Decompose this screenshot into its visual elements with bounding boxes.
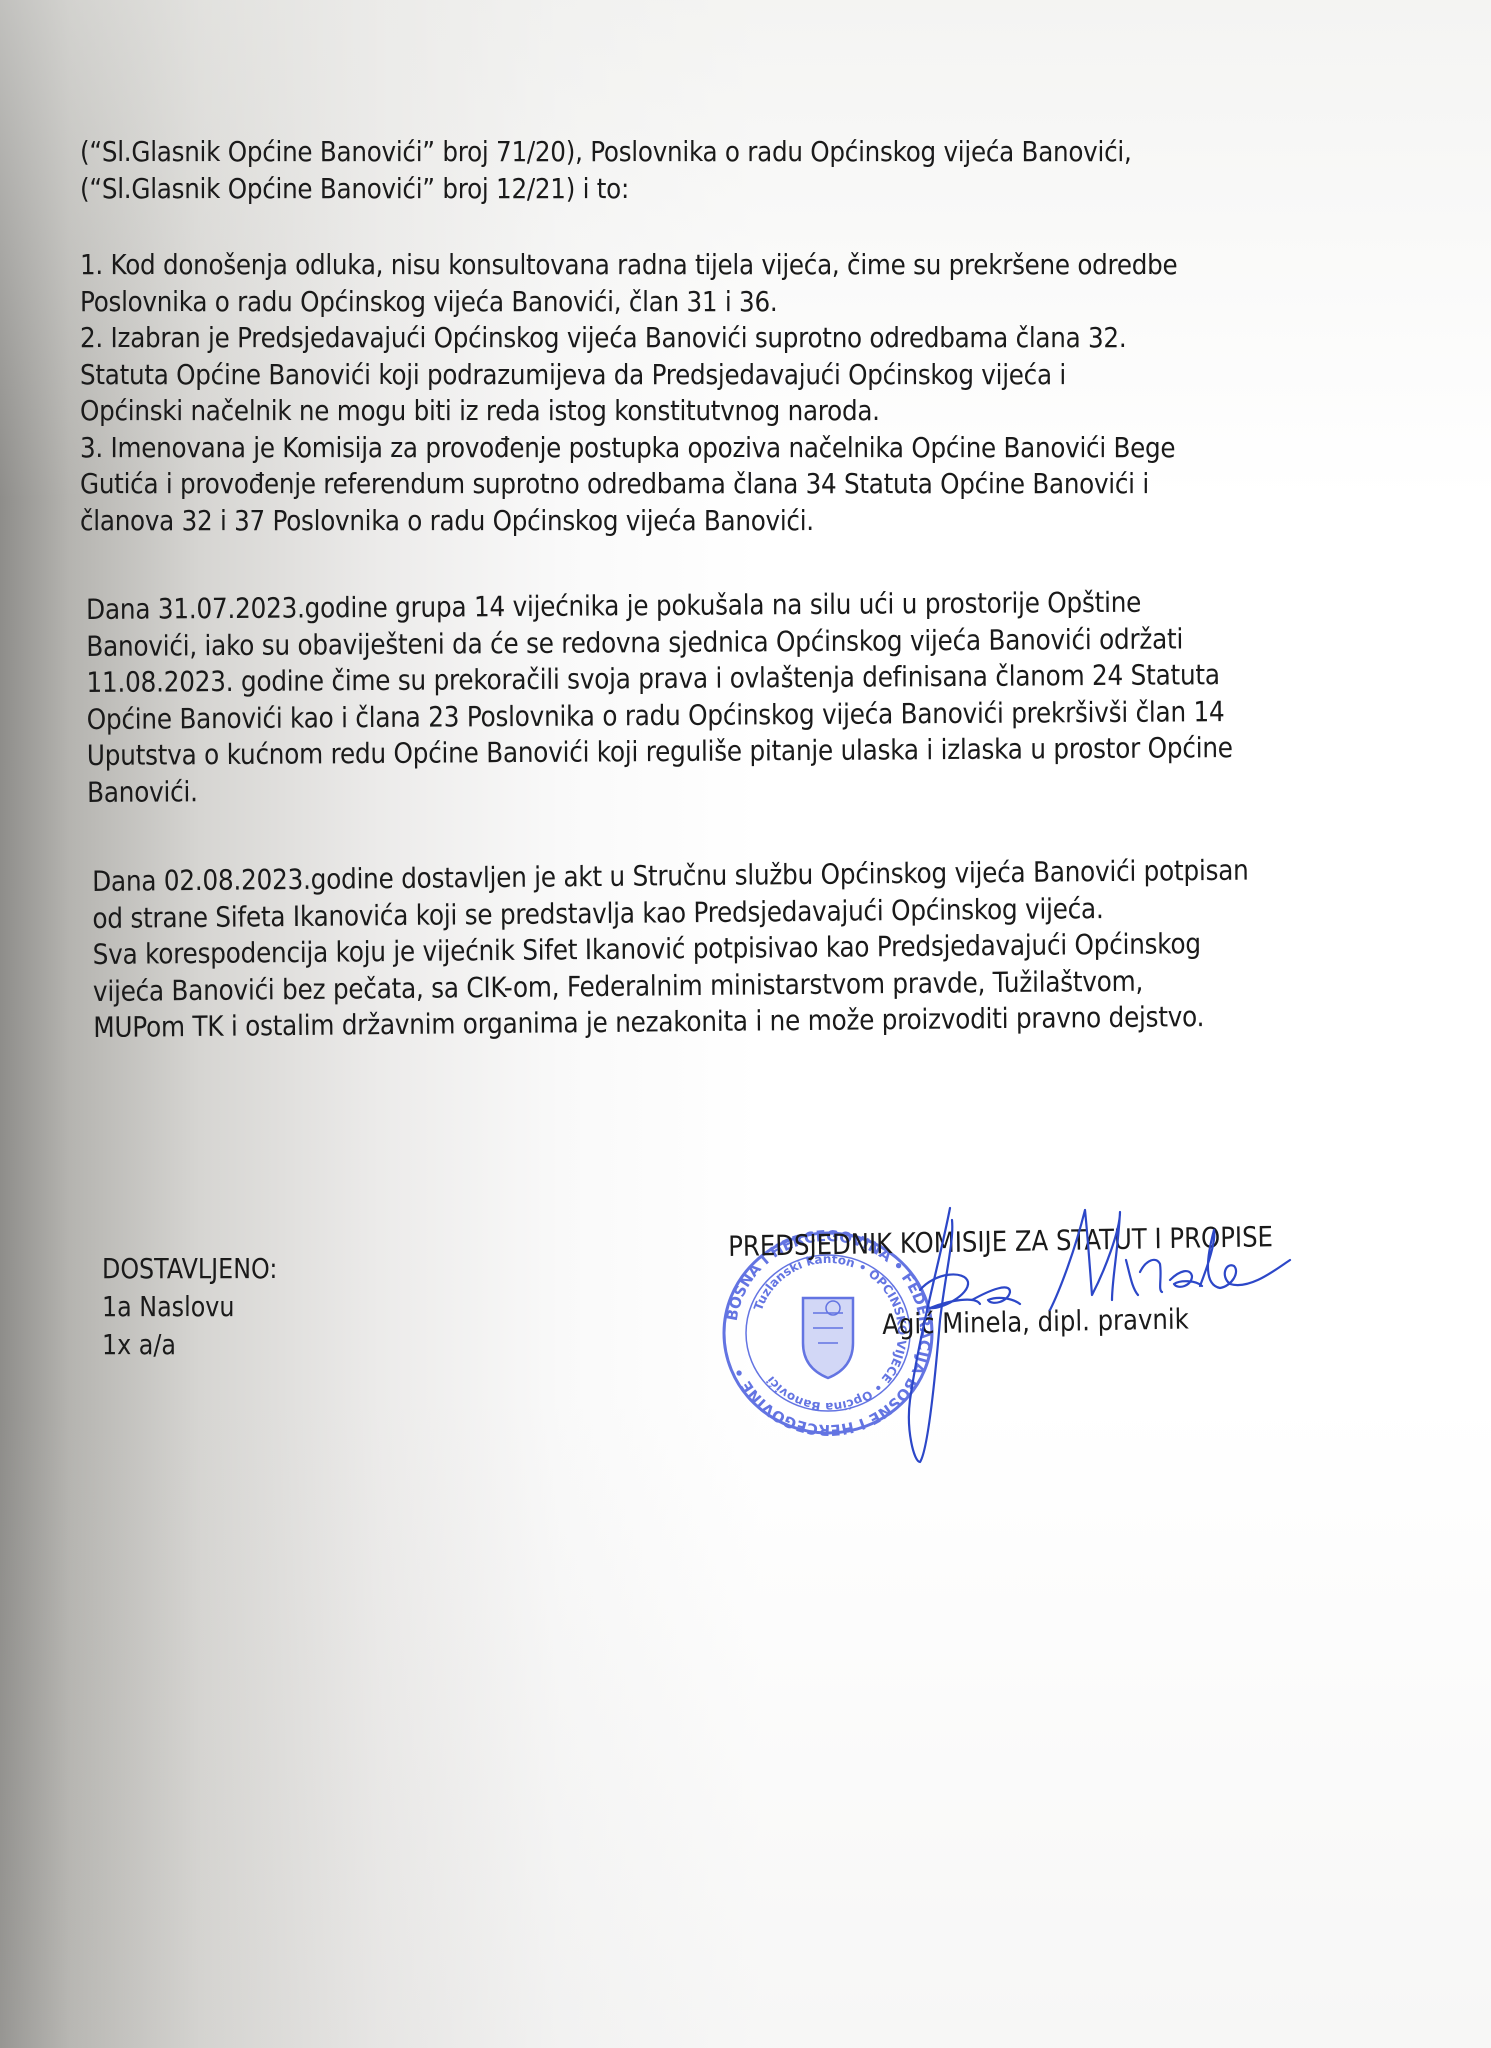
text-line: Gutića i provođenje referendum suprotno …: [80, 466, 1277, 503]
distribution-item: 1a Naslovu: [102, 1288, 277, 1326]
distribution-heading: DOSTAVLJENO:: [102, 1250, 277, 1288]
event-paragraph-july: Dana 31.07.2023.godine grupa 14 vijećnik…: [86, 584, 1291, 811]
text-line: (“Sl.Glasnik Općine Banovići” broj 71/20…: [80, 134, 1277, 171]
violations-list: 1. Kod donošenja odluka, nisu konsultova…: [80, 247, 1277, 539]
text-line: 2. Izabran je Predsjedavajući Općinskog …: [80, 320, 1277, 357]
distribution-item: 1x a/a: [102, 1326, 277, 1364]
text-line: (“Sl.Glasnik Općine Banovići” broj 12/21…: [80, 171, 1277, 208]
text-line: članova 32 i 37 Poslovnika o radu Općins…: [80, 503, 1277, 540]
text-line: 3. Imenovana je Komisija za provođenje p…: [80, 430, 1277, 467]
text-line: 1. Kod donošenja odluka, nisu konsultova…: [80, 247, 1277, 284]
handwritten-signature-icon: [880, 1200, 1300, 1470]
text-line: Općinski načelnik ne mogu biti iz reda i…: [80, 393, 1277, 430]
intro-paragraph: (“Sl.Glasnik Općine Banovići” broj 71/20…: [80, 134, 1277, 207]
text-line: Statuta Općine Banovići koji podrazumije…: [80, 357, 1277, 394]
event-paragraph-august: Dana 02.08.2023.godine dostavljen je akt…: [92, 852, 1297, 1046]
distribution-list: DOSTAVLJENO: 1a Naslovu 1x a/a: [102, 1250, 277, 1364]
text-line: Poslovnika o radu Općinskog vijeća Banov…: [80, 284, 1277, 321]
